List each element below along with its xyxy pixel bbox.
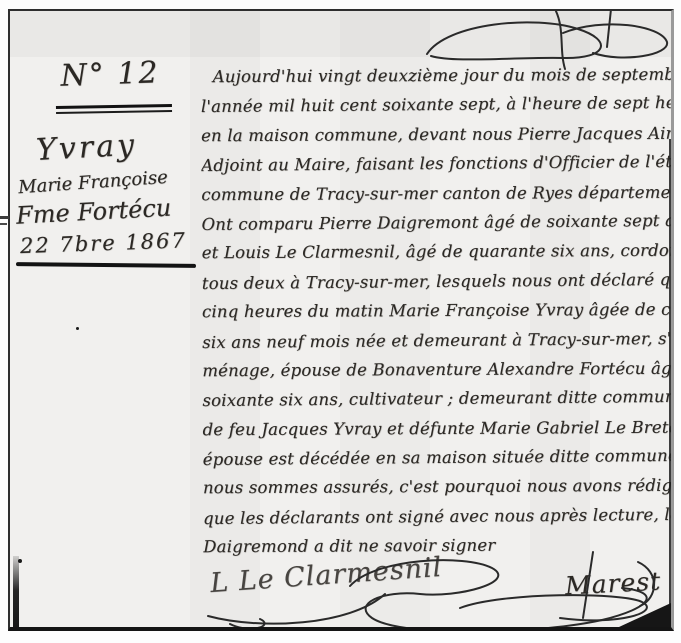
margin-spouse-name: Fme Fortécu — [15, 192, 196, 229]
act-line: et Louis Le Clarmesnil, âgé de quarante … — [202, 236, 672, 268]
act-line: Adjoint au Maire, faisant les fonctions … — [201, 147, 671, 180]
act-line: six ans neuf mois née et demeurant à Tra… — [202, 323, 672, 356]
act-line: épouse est décédée en sa maison située d… — [203, 441, 673, 474]
act-line: Aujourd'hui vingt deuxzième jour du mois… — [201, 60, 671, 92]
page-corner-shadow — [619, 603, 671, 627]
act-line: en la maison commune, devant nous Pierre… — [201, 119, 671, 151]
margin-surname: Yvray — [35, 125, 187, 168]
act-line: tous deux à Tracy-sur-mer, lesquels nous… — [202, 265, 672, 298]
act-line: Ont comparu Pierre Daigremont âgé de soi… — [201, 206, 671, 239]
register-page-scan: N° 12 Yvray Marie Françoise Fme Fortécu … — [0, 0, 681, 643]
act-number-double-underline — [56, 104, 172, 114]
margin-separator-rule — [16, 262, 196, 268]
act-line: l'année mil huit cent soixante sept, à l… — [201, 88, 671, 121]
scan-top-shading — [10, 11, 671, 57]
act-line: de feu Jacques Yvray et défunte Marie Ga… — [203, 412, 673, 444]
margin-act-date: 22 7bre 1867 — [20, 228, 201, 258]
scanned-paper: N° 12 Yvray Marie Françoise Fme Fortécu … — [8, 9, 674, 631]
act-line: commune de Tracy-sur-mer canton de Ryes … — [201, 177, 671, 209]
ink-speck — [76, 327, 79, 330]
edge-mark — [0, 216, 9, 219]
page-gutter-line — [669, 139, 671, 631]
act-line: soixante six ans, cultivateur ; demeuran… — [202, 382, 672, 415]
act-line: nous sommes assurés, c'est pourquoi nous… — [203, 471, 673, 503]
binding-edge-streak — [13, 556, 19, 631]
act-line: ménage, épouse de Bonaventure Alexandre … — [202, 354, 672, 386]
act-body-text: Aujourd'hui vingt deuxzième jour du mois… — [201, 60, 674, 567]
signature-officer: Marest — [564, 567, 662, 601]
edge-mark — [0, 223, 7, 225]
margin-act-number: N° 12 — [39, 55, 180, 95]
act-line: que les déclarants ont signé avec nous a… — [203, 500, 673, 533]
act-line: cinq heures du matin Marie Françoise Yvr… — [202, 295, 672, 327]
ink-speck — [18, 559, 22, 563]
